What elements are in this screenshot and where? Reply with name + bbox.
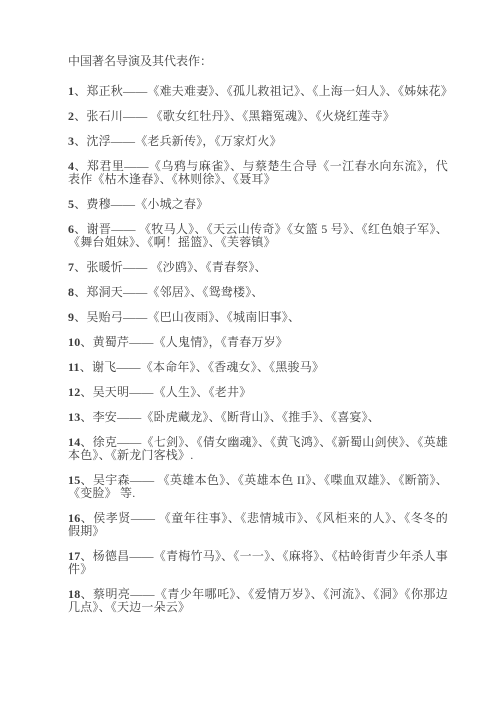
item-text: 、侯孝贤—— 《童年往事》、《悲情城市》、《风柜来的人》、《冬冬的假期》 <box>68 511 448 538</box>
page-title: 中国著名导演及其代表作： <box>68 55 448 68</box>
item-text: 、徐克——《七剑》、《倩女幽魂》、《黄飞鸿》、《新蜀山剑侠》、《英雄本色》、《新… <box>68 435 448 462</box>
item-text: 、费穆——《小城之春》 <box>74 197 208 211</box>
list-item: 1、郑正秋——《难夫难妻》、《孤儿救祖记》、《上海一妇人》、《姊妹花》 <box>68 85 448 98</box>
item-number: 11 <box>68 360 80 374</box>
list-item: 14、徐克——《七剑》、《倩女幽魂》、《黄飞鸿》、《新蜀山剑侠》、《英雄本色》、… <box>68 436 448 462</box>
list-item: 2、张石川—— 《歌女红牡丹》、《黑籍冤魂》、《火烧红莲寺》 <box>68 110 448 123</box>
list-item: 6、谢晋—— 《牧马人》、《天云山传奇》《女篮 5 号》、《红色娘子军》、《舞台… <box>68 223 448 249</box>
item-text: 、郑洞天——《邻居》、《鸳鸯楼》、 <box>74 285 263 299</box>
list-item: 18、蔡明亮——《青少年哪吒》、《爱情万岁》、《河流》、《洞》《你那边几点》、《… <box>68 588 448 614</box>
item-text: 、吴天明——《人生》、《老井》 <box>80 385 251 399</box>
item-text: 、吴宇森—— 《英雄本色》、《英雄本色 II》、《喋血双雄》、《断箭》、《变脸》… <box>68 473 448 500</box>
item-text: 、李安——《卧虎藏龙》、《断背山》、《推手》、《喜宴》、 <box>80 410 380 424</box>
list-item: 5、费穆——《小城之春》 <box>68 198 448 211</box>
item-number: 14 <box>68 435 80 449</box>
list-item: 3、沈浮——《老兵新传》，《万家灯火》 <box>68 135 448 148</box>
item-number: 12 <box>68 385 80 399</box>
item-text: 、郑君里——《乌鸦与麻雀》、与蔡楚生合导《一江春水向东流》，代表作《枯木逢春》、… <box>68 159 448 186</box>
list-item: 11、谢飞——《本命年》、《香魂女》、《黑骏马》 <box>68 361 448 374</box>
list-item: 13、李安——《卧虎藏龙》、《断背山》、《推手》、《喜宴》、 <box>68 411 448 424</box>
item-number: 15 <box>68 473 80 487</box>
item-text: 、郑正秋——《难夫难妻》、《孤儿救祖记》、《上海一妇人》、《姊妹花》 <box>74 84 453 98</box>
list-item: 9、吴贻弓——《巴山夜雨》、《城南旧事》、 <box>68 311 448 324</box>
item-text: 、张暖忻—— 《沙鸥》、《青春祭》、 <box>74 260 267 274</box>
item-text: 、谢晋—— 《牧马人》、《天云山传奇》《女篮 5 号》、《红色娘子军》、《舞台姐… <box>68 222 448 249</box>
item-text: 、张石川—— 《歌女红牡丹》、《黑籍冤魂》、《火烧红莲寺》 <box>74 109 395 123</box>
list-item: 4、郑君里——《乌鸦与麻雀》、与蔡楚生合导《一江春水向东流》，代表作《枯木逢春》… <box>68 160 448 186</box>
item-number: 10 <box>68 335 80 349</box>
item-number: 18 <box>68 587 80 601</box>
list-item: 10、黄蜀芹——《人鬼情》，《青春万岁》 <box>68 336 448 349</box>
document-page: 中国著名导演及其代表作： 1、郑正秋——《难夫难妻》、《孤儿救祖记》、《上海一妇… <box>0 0 496 614</box>
item-number: 13 <box>68 410 80 424</box>
item-number: 16 <box>68 511 80 525</box>
item-text: 、蔡明亮——《青少年哪吒》、《爱情万岁》、《河流》、《洞》《你那边几点》、《天边… <box>68 587 448 614</box>
item-text: 、杨德昌——《青梅竹马》、《一一》、《麻将》、《枯岭街青少年杀人事件》 <box>68 549 448 576</box>
item-text: 、谢飞——《本命年》、《香魂女》、《黑骏马》 <box>80 360 324 374</box>
item-text: 、黄蜀芹——《人鬼情》，《青春万岁》 <box>80 335 288 349</box>
item-number: 17 <box>68 549 80 563</box>
item-text: 、吴贻弓——《巴山夜雨》、《城南旧事》、 <box>74 310 300 324</box>
list-item: 7、张暖忻—— 《沙鸥》、《青春祭》、 <box>68 261 448 274</box>
item-text: 、沈浮——《老兵新传》，《万家灯火》 <box>74 134 282 148</box>
list-item: 15、吴宇森—— 《英雄本色》、《英雄本色 II》、《喋血双雄》、《断箭》、《变… <box>68 474 448 500</box>
list-item: 17、杨德昌——《青梅竹马》、《一一》、《麻将》、《枯岭街青少年杀人事件》 <box>68 550 448 576</box>
list-item: 8、郑洞天——《邻居》、《鸳鸯楼》、 <box>68 286 448 299</box>
list-item: 16、侯孝贤—— 《童年往事》、《悲情城市》、《风柜来的人》、《冬冬的假期》 <box>68 512 448 538</box>
list-item: 12、吴天明——《人生》、《老井》 <box>68 386 448 399</box>
